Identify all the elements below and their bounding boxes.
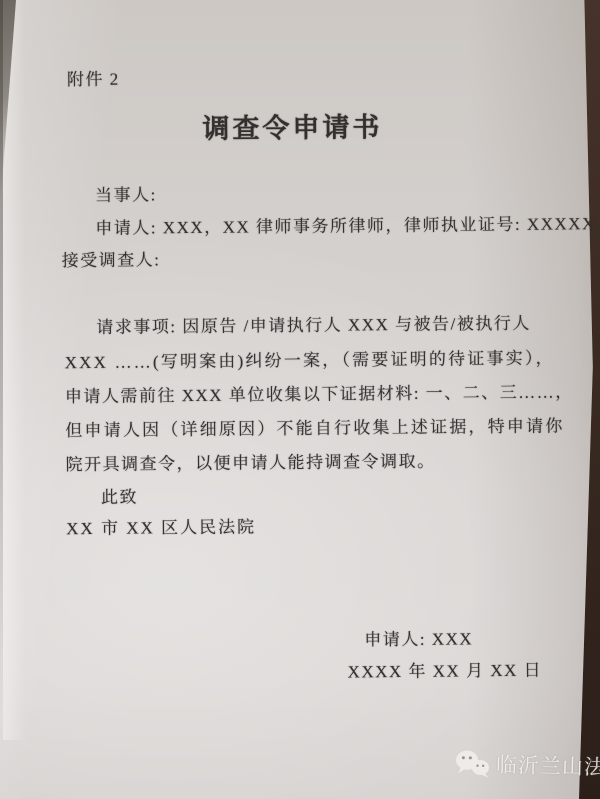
document-photo: 附件 2 调查令申请书 当事人: 申请人: XXX，XX 律师事务所律师，律师执… — [0, 0, 600, 799]
investigated-person-line: 接受调查人: — [62, 245, 161, 271]
closing-line: 此致 — [101, 483, 138, 508]
court-name-line: XX 市 XX 区人民法院 — [66, 512, 256, 539]
request-line: XXX ……(写明案由)纠纷一案，（需要证明的待证事实）， — [64, 344, 554, 374]
request-line: 申请人需前往 XXX 单位收集以下证据材料: 一、二、三……， — [65, 377, 574, 407]
attachment-label: 附件 2 — [67, 65, 120, 91]
watermark: 临沂兰山法院 — [455, 748, 600, 782]
request-line: 但申请人因（详细原因）不能自行收集上述证据，特申请你 — [65, 411, 564, 441]
document-title: 调查令申请书 — [0, 103, 588, 148]
document-content: 附件 2 调查令申请书 当事人: 申请人: XXX，XX 律师事务所律师，律师执… — [0, 0, 600, 799]
request-line: 请求事项: 因原告 /申请执行人 XXX 与被告/被执行人 — [96, 309, 531, 338]
party-line: 当事人: — [95, 180, 157, 206]
date-line: XXXX 年 XX 月 XX 日 — [347, 656, 542, 683]
signature-line: 申请人: XXX — [364, 624, 473, 650]
wechat-icon — [455, 748, 492, 779]
watermark-text: 临沂兰山法院 — [496, 749, 600, 782]
request-line: 院开具调查令，以便申请人能持调查令调取。 — [65, 447, 435, 476]
applicant-line: 申请人: XXX，XX 律师事务所律师，律师执业证号: XXXXX。 — [95, 209, 600, 239]
